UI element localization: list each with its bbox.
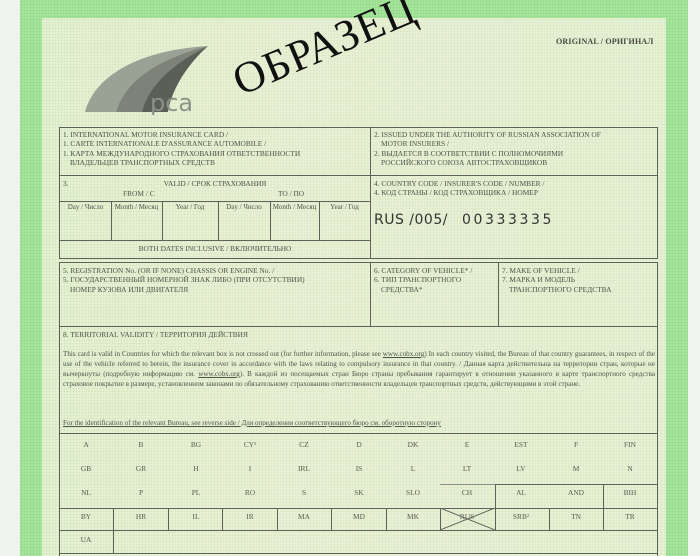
section-5-registration[interactable]: 5. REGISTRATION No. (OR IF NONE) CHASSIS…: [59, 262, 371, 327]
section-2-issuer: 2. ISSUED UNDER THE AUTHORITY OF RUSSIAN…: [370, 127, 658, 176]
bureau-identification-link[interactable]: For the identification of the relevant B…: [63, 419, 441, 427]
country-code-l: L: [393, 464, 433, 473]
country-code-irl: IRL: [284, 464, 324, 473]
country-code-e: E: [447, 440, 487, 449]
cobx-link-ru[interactable]: www.cobx.org: [198, 370, 240, 378]
country-code-and: AND: [556, 488, 596, 497]
country-insurer-code: RUS /005/: [374, 212, 448, 228]
country-code-lv: LV: [501, 464, 541, 473]
from-month-field[interactable]: Month / Месяц: [111, 203, 162, 240]
country-code-tn: TN: [556, 512, 596, 521]
to-day-field[interactable]: Day / Число: [218, 203, 270, 240]
section-3-validity: 3. VALID / СРОК СТРАХОВАНИЯ FROM / C TO …: [59, 175, 371, 259]
sheet-edge: [0, 0, 22, 556]
country-code-b: B: [121, 440, 161, 449]
country-code-ch: CH: [447, 488, 487, 497]
from-year-field[interactable]: Year / Год: [162, 203, 218, 240]
country-code-f: F: [556, 440, 596, 449]
cross-out-mark-icon: [440, 508, 495, 530]
section-6-vehicle-category[interactable]: 6. CATEGORY OF VEHICLE* / 6. ТИП ТРАНСПО…: [370, 262, 499, 327]
country-code-ro: RO: [230, 488, 270, 497]
country-code-srb: SRB²: [501, 512, 541, 521]
country-code-hr: HR: [121, 512, 161, 521]
original-label: ORIGINAL / ОРИГИНАЛ: [556, 37, 654, 46]
country-code-lt: LT: [447, 464, 487, 473]
country-code-a: A: [66, 440, 106, 449]
country-code-gb: GB: [66, 464, 106, 473]
country-code-ua: UA: [66, 535, 106, 544]
country-code-ma: MA: [284, 512, 324, 521]
country-code-s: S: [284, 488, 324, 497]
country-code-md: MD: [339, 512, 379, 521]
country-code-gr: GR: [121, 464, 161, 473]
country-code-sk: SK: [339, 488, 379, 497]
rsa-logo-icon: рса: [80, 40, 220, 115]
policy-number: RUS /005/00333335: [374, 212, 554, 228]
country-code-cz: CZ: [284, 440, 324, 449]
country-code-ir: IR: [230, 512, 270, 521]
country-code-d: D: [339, 440, 379, 449]
to-month-field[interactable]: Month / Месяц: [270, 203, 319, 240]
country-code-nl: NL: [66, 488, 106, 497]
from-day-field[interactable]: Day / Число: [60, 203, 111, 240]
country-code-p: P: [121, 488, 161, 497]
country-code-i: I: [230, 464, 270, 473]
country-code-h: H: [176, 464, 216, 473]
both-dates-inclusive: BOTH DATES INCLUSIVE / ВКЛЮЧИТЕЛЬНО: [60, 244, 370, 253]
country-code-cy: CY¹: [230, 440, 270, 449]
section-7-vehicle-make[interactable]: 7. MAKE OF VEHICLE / 7. МАРКА И МОДЕЛЬ Т…: [498, 262, 658, 327]
country-code-dk: DK: [393, 440, 433, 449]
country-code-al: AL: [501, 488, 541, 497]
country-code-fin: FIN: [610, 440, 650, 449]
country-code-by: BY: [66, 512, 106, 521]
country-code-tr: TR: [610, 512, 650, 521]
cobx-link[interactable]: www.cobx.org: [383, 350, 425, 358]
territorial-validity-text: This card is valid in Countries for whic…: [63, 349, 655, 389]
section-1-card-title: 1. INTERNATIONAL MOTOR INSURANCE CARD / …: [59, 127, 371, 176]
card-number: 00333335: [462, 212, 554, 228]
country-code-bg: BG: [176, 440, 216, 449]
country-code-bih: BIH: [610, 488, 650, 497]
country-code-mk: MK: [393, 512, 433, 521]
to-year-field[interactable]: Year / Год: [319, 203, 370, 240]
country-code-n: N: [610, 464, 650, 473]
svg-text:рса: рса: [150, 89, 193, 115]
country-code-pl: PL: [176, 488, 216, 497]
country-code-is: IS: [339, 464, 379, 473]
country-code-m: M: [556, 464, 596, 473]
country-code-slo: SLO: [393, 488, 433, 497]
country-code-est: EST: [501, 440, 541, 449]
country-code-il: IL: [176, 512, 216, 521]
